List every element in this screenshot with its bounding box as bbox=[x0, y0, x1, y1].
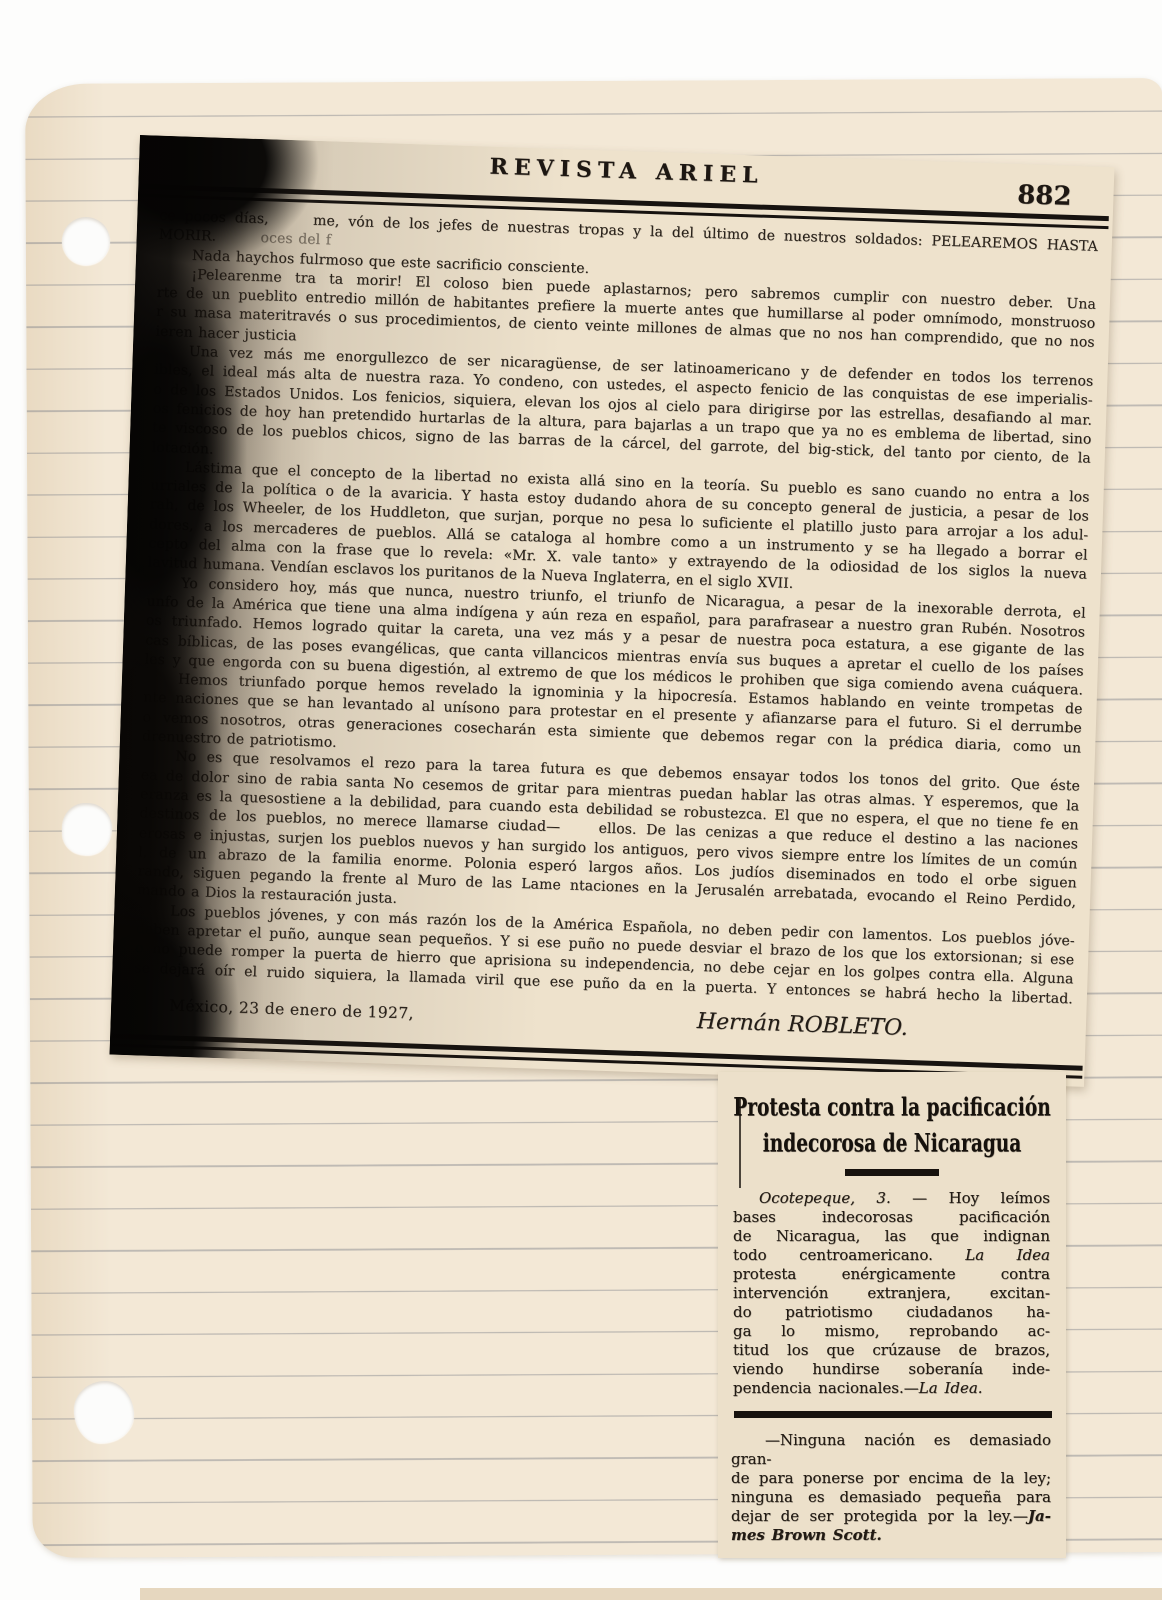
text-line: do patriotismo ciudadanos ha- bbox=[733, 1303, 1050, 1322]
divider-rule bbox=[734, 1411, 1052, 1418]
punch-hole bbox=[74, 1381, 134, 1443]
main-article-clipping: REVISTA ARIEL 882 ce pocos días, me, vón… bbox=[109, 135, 1114, 1087]
article-dateline: México, 23 de enero de 1927, bbox=[169, 996, 414, 1022]
text-line: intervención extranjera, excitan- bbox=[733, 1284, 1050, 1303]
text-line: dejar de ser protegida por la ley.—Ja- bbox=[731, 1507, 1051, 1526]
clipping-body: Ocotepeque, 3. — Hoy leímosbases indecor… bbox=[718, 1189, 1066, 1398]
text-line: mes Brown Scott. bbox=[731, 1526, 1051, 1545]
page-number: 882 bbox=[1017, 180, 1072, 212]
news-clipping: Protesta contra la pacificación indecoro… bbox=[718, 1072, 1066, 1558]
next-page-edge bbox=[140, 1588, 1162, 1600]
text-line: ninguna es demasiado pequeña para bbox=[731, 1488, 1051, 1507]
punch-hole bbox=[62, 803, 112, 855]
article-signature: Hernán ROBLETO. bbox=[696, 1009, 908, 1041]
article-body: ce pocos días, me, vón de los jefes de n… bbox=[112, 206, 1112, 1010]
text-line: ga lo mismo, reprobando ac- bbox=[733, 1322, 1050, 1341]
quote-block: —Ninguna nación es demasiado gran-de par… bbox=[718, 1431, 1066, 1545]
text-line: de Nicaragua, las que indignan bbox=[733, 1227, 1050, 1246]
clipping-headline-line2: indecorosa de Nicaragua bbox=[727, 1121, 1058, 1167]
headline-bar bbox=[845, 1169, 939, 1176]
text-line: todo centroamericano. La Idea bbox=[733, 1246, 1050, 1265]
clipping-headline: Protesta contra la pacificación indecoro… bbox=[718, 1090, 1066, 1162]
text-line: de para ponerse por encima de la ley; bbox=[731, 1469, 1051, 1488]
text-line: Ocotepeque, 3. — Hoy leímos bbox=[733, 1189, 1050, 1208]
text-line: —Ninguna nación es demasiado gran- bbox=[731, 1431, 1051, 1469]
scanned-scrapbook-page: REVISTA ARIEL 882 ce pocos días, me, vón… bbox=[0, 0, 1162, 1600]
text-line: protesta enérgicamente contra bbox=[733, 1265, 1050, 1284]
text-line: titud los que crúzause de brazos, bbox=[733, 1341, 1050, 1360]
text-line: pendencia nacionales.—La Idea. bbox=[733, 1379, 1050, 1398]
text-line: viendo hundirse soberanía inde- bbox=[733, 1360, 1050, 1379]
punch-hole bbox=[62, 217, 110, 265]
text-line: bases indecorosas pacificación bbox=[733, 1208, 1050, 1227]
